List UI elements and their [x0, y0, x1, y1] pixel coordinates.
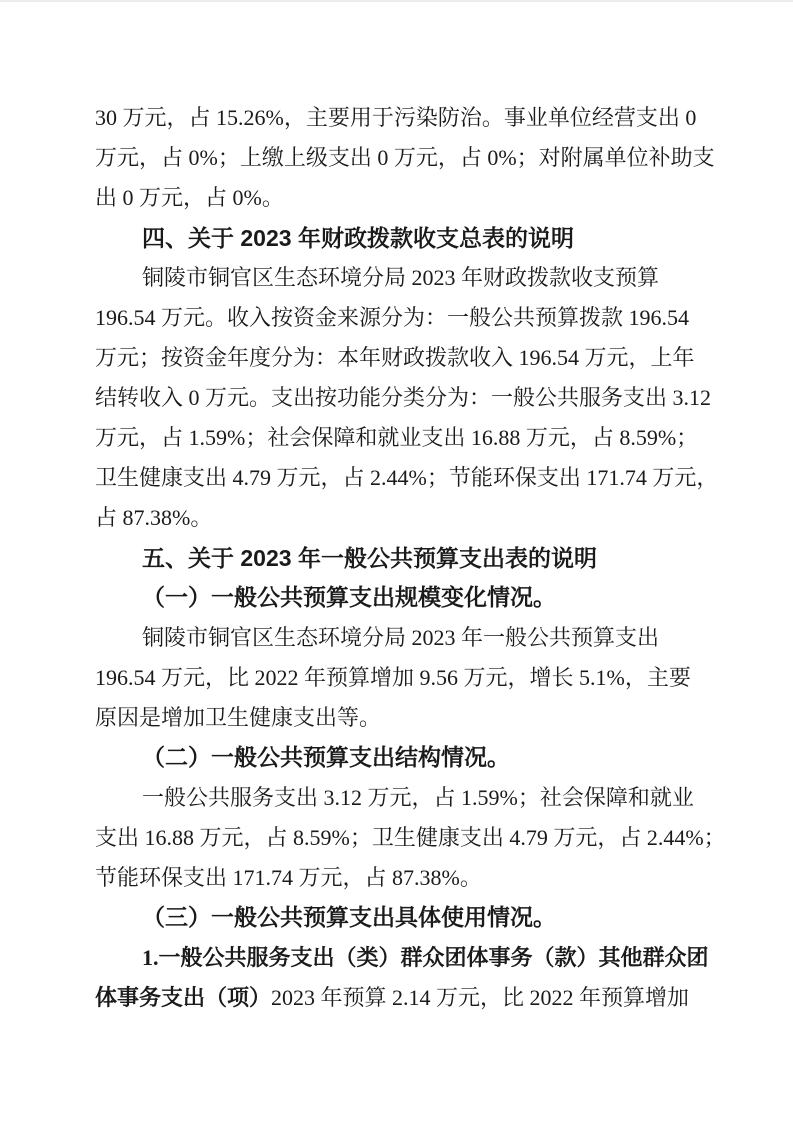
paragraph-line: 万元，占 0%；上缴上级支出 0 万元，占 0%；对附属单位补助支: [95, 138, 723, 178]
paragraph-line: 万元；按资金年度分为：本年财政拨款收入 196.54 万元，上年: [95, 338, 723, 378]
paragraph-line: 196.54 万元。收入按资金来源分为：一般公共预算拨款 196.54: [95, 298, 723, 338]
document-page: 30 万元，占 15.26%，主要用于污染防治。事业单位经营支出 0 万元，占 …: [0, 0, 793, 1122]
paragraph-text: 2023 年预算 2.14 万元，比 2022 年预算增加: [271, 985, 689, 1010]
paragraph-line: 铜陵市铜官区生态环境分局 2023 年一般公共预算支出: [95, 618, 723, 658]
section-heading-five: 五、关于 2023 年一般公共预算支出表的说明: [95, 538, 723, 578]
item-one-heading-line: 1.一般公共服务支出（类）群众团体事务（款）其他群众团: [95, 938, 723, 978]
paragraph-line: 节能环保支出 171.74 万元，占 87.38%。: [95, 858, 723, 898]
paragraph-line: 万元，占 1.59%；社会保障和就业支出 16.88 万元，占 8.59%；: [95, 418, 723, 458]
paragraph-line: 体事务支出（项）2023 年预算 2.14 万元，比 2022 年预算增加: [95, 978, 723, 1018]
item-one-heading-continuation: 体事务支出（项）: [95, 985, 271, 1010]
subsection-heading-two: （二）一般公共预算支出结构情况。: [95, 738, 723, 778]
paragraph-line: 铜陵市铜官区生态环境分局 2023 年财政拨款收支预算: [95, 258, 723, 298]
subsection-heading-one: （一）一般公共预算支出规模变化情况。: [95, 578, 723, 618]
paragraph-line: 原因是增加卫生健康支出等。: [95, 698, 723, 738]
section-heading-four: 四、关于 2023 年财政拨款收支总表的说明: [95, 218, 723, 258]
document-text-block: 30 万元，占 15.26%，主要用于污染防治。事业单位经营支出 0 万元，占 …: [95, 98, 723, 1018]
paragraph-line: 卫生健康支出 4.79 万元，占 2.44%；节能环保支出 171.74 万元，: [95, 458, 723, 498]
paragraph-line: 占 87.38%。: [95, 498, 723, 538]
paragraph-line: 一般公共服务支出 3.12 万元，占 1.59%；社会保障和就业: [95, 778, 723, 818]
paragraph-line: 30 万元，占 15.26%，主要用于污染防治。事业单位经营支出 0: [95, 98, 723, 138]
paragraph-line: 结转收入 0 万元。支出按功能分类分为：一般公共服务支出 3.12: [95, 378, 723, 418]
paragraph-line: 支出 16.88 万元，占 8.59%；卫生健康支出 4.79 万元，占 2.4…: [95, 818, 723, 858]
paragraph-line: 出 0 万元，占 0%。: [95, 178, 723, 218]
subsection-heading-three: （三）一般公共预算支出具体使用情况。: [95, 898, 723, 938]
paragraph-line: 196.54 万元，比 2022 年预算增加 9.56 万元，增长 5.1%，主…: [95, 658, 723, 698]
